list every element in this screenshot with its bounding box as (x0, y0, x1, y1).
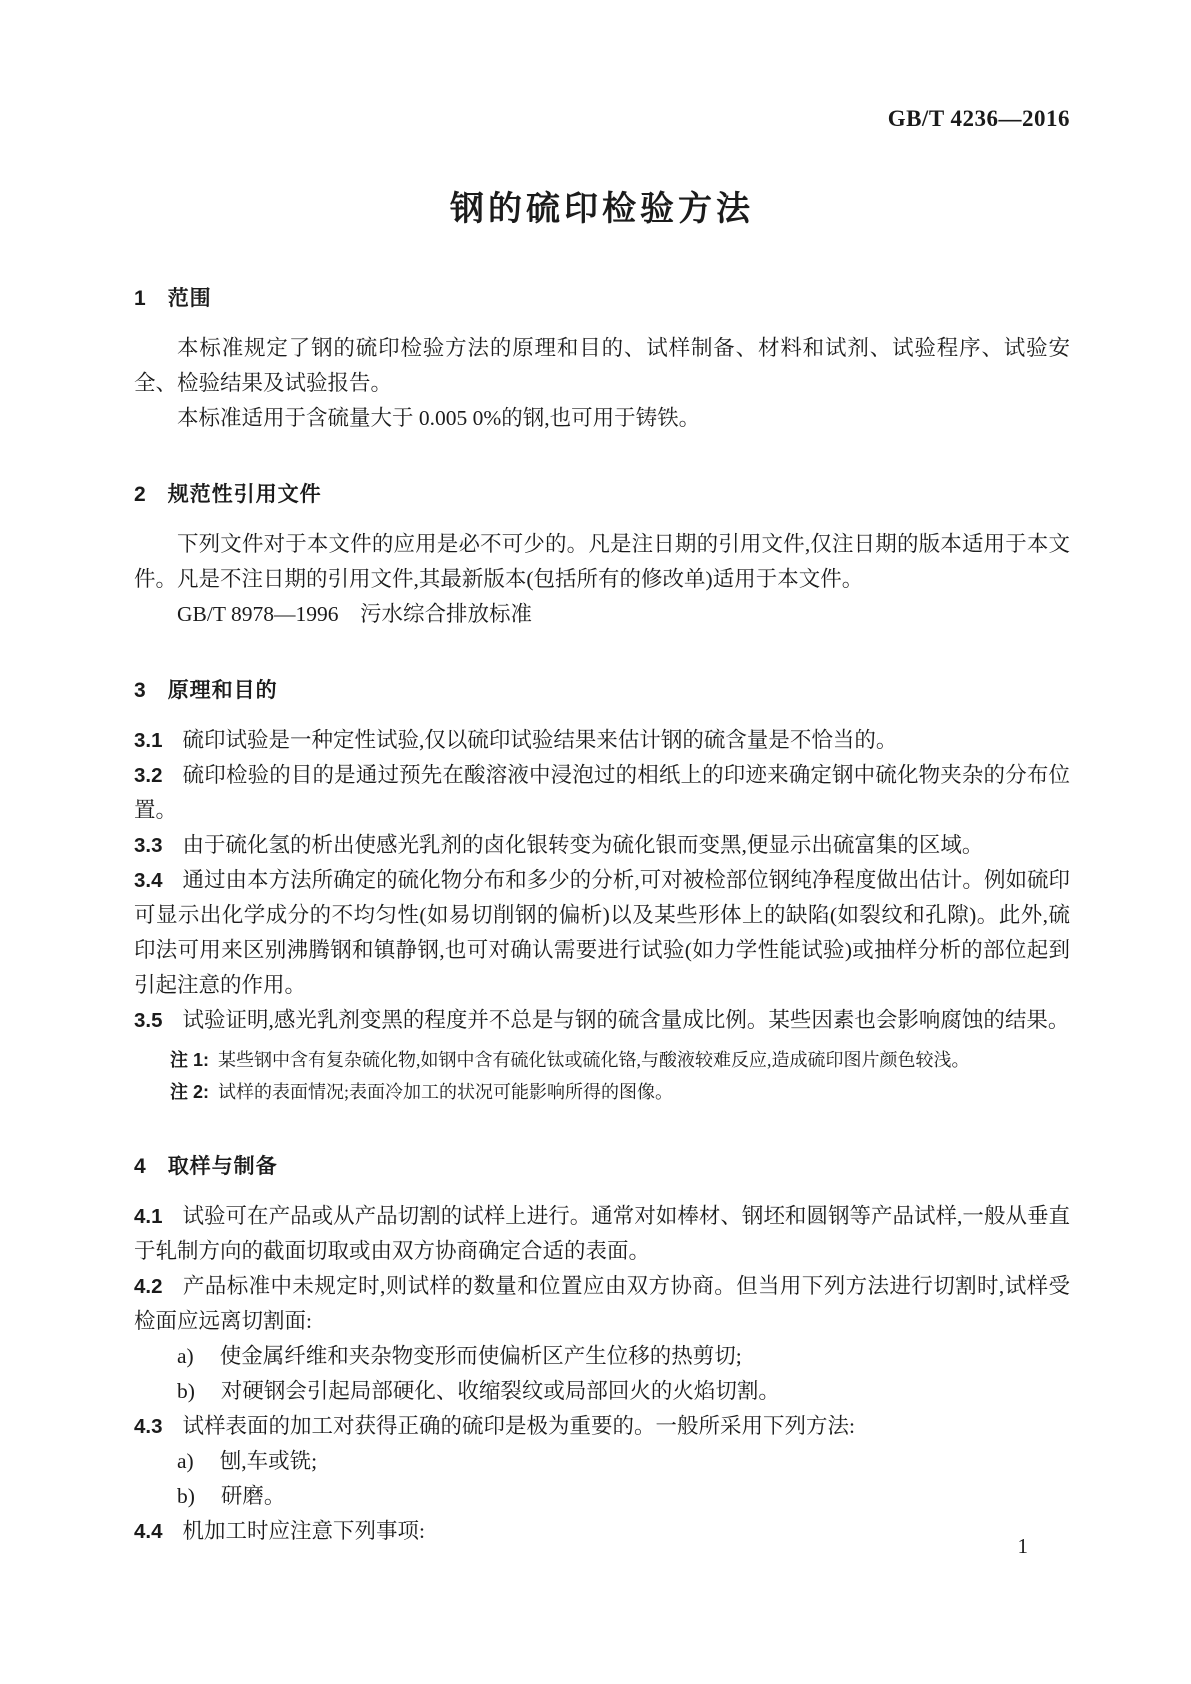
clause-3-4: 3.4通过由本方法所确定的硫化物分布和多少的分析,可对被检部位钢纯净程度做出估计… (134, 863, 1070, 1003)
page-number: 1 (1018, 1534, 1029, 1558)
clause-3-5: 3.5试验证明,感光乳剂变黑的程度并不总是与钢的硫含量成比例。某些因素也会影响腐… (134, 1003, 1070, 1038)
list-item-text: 刨,车或铣; (220, 1449, 317, 1473)
list-item-4-2-a: a)使金属纤维和夹杂物变形而使偏析区产生位移的热剪切; (134, 1339, 1070, 1374)
section-number: 4 (134, 1154, 146, 1179)
list-marker: a) (177, 1344, 194, 1368)
section-scope: 1范围 本标准规定了钢的硫印检验方法的原理和目的、试样制备、材料和试剂、试验程序… (134, 286, 1070, 436)
note-text: 试样的表面情况;表面冷加工的状况可能影响所得的图像。 (218, 1082, 673, 1102)
clause-3-2: 3.2硫印检验的目的是通过预先在酸溶液中浸泡过的相纸上的印迹来确定钢中硫化物夹杂… (134, 758, 1070, 828)
clause-3-1: 3.1硫印试验是一种定性试验,仅以硫印试验结果来估计钢的硫含量是不恰当的。 (134, 723, 1070, 758)
paragraph: 下列文件对于本文件的应用是必不可少的。凡是注日期的引用文件,仅注日期的版本适用于… (134, 527, 1070, 597)
section-heading: 3原理和目的 (134, 678, 1070, 703)
clause-text: 产品标准中未规定时,则试样的数量和位置应由双方协商。但当用下列方法进行切割时,试… (134, 1274, 1070, 1333)
clause-number: 3.4 (134, 869, 163, 892)
standard-number: GB/T 4236—2016 (134, 0, 1070, 132)
section-title: 规范性引用文件 (168, 483, 322, 506)
clause-text: 由于硫化氢的析出使感光乳剂的卤化银转变为硫化银而变黑,便显示出硫富集的区域。 (183, 833, 984, 857)
section-number: 2 (134, 482, 146, 507)
list-item-4-2-b: b)对硬钢会引起局部硬化、收缩裂纹或局部回火的火焰切割。 (134, 1374, 1070, 1409)
clause-4-1: 4.1试验可在产品或从产品切割的试样上进行。通常对如棒材、钢坯和圆钢等产品试样,… (134, 1199, 1070, 1269)
list-item-4-3-b: b)研磨。 (134, 1479, 1070, 1514)
list-item-4-3-a: a)刨,车或铣; (134, 1444, 1070, 1479)
clause-4-4: 4.4机加工时应注意下列事项: (134, 1514, 1070, 1549)
document-title: 钢的硫印检验方法 (134, 186, 1070, 232)
section-sampling-preparation: 4取样与制备 4.1试验可在产品或从产品切割的试样上进行。通常对如棒材、钢坯和圆… (134, 1154, 1070, 1549)
clause-number: 4.1 (134, 1205, 163, 1228)
section-title: 范围 (168, 287, 212, 310)
clause-text: 试验可在产品或从产品切割的试样上进行。通常对如棒材、钢坯和圆钢等产品试样,一般从… (134, 1204, 1070, 1263)
clause-text: 试验证明,感光乳剂变黑的程度并不总是与钢的硫含量成比例。某些因素也会影响腐蚀的结… (183, 1008, 1070, 1032)
clause-text: 硫印试验是一种定性试验,仅以硫印试验结果来估计钢的硫含量是不恰当的。 (183, 728, 898, 752)
section-heading: 1范围 (134, 286, 1070, 311)
section-principle-purpose: 3原理和目的 3.1硫印试验是一种定性试验,仅以硫印试验结果来估计钢的硫含量是不… (134, 678, 1070, 1108)
clause-text: 试样表面的加工对获得正确的硫印是极为重要的。一般所采用下列方法: (183, 1414, 855, 1438)
clause-number: 4.3 (134, 1415, 163, 1438)
note-label: 注 1: (170, 1050, 209, 1070)
clause-4-2: 4.2产品标准中未规定时,则试样的数量和位置应由双方协商。但当用下列方法进行切割… (134, 1269, 1070, 1339)
section-number: 1 (134, 286, 146, 311)
clause-number: 4.2 (134, 1275, 163, 1298)
clause-number: 4.4 (134, 1520, 163, 1543)
section-heading: 2规范性引用文件 (134, 482, 1070, 507)
section-title: 原理和目的 (168, 679, 278, 702)
clause-number: 3.1 (134, 729, 163, 752)
note-text: 某些钢中含有复杂硫化物,如钢中含有硫化钛或硫化铬,与酸液较难反应,造成硫印图片颜… (218, 1050, 970, 1070)
clause-3-3: 3.3由于硫化氢的析出使感光乳剂的卤化银转变为硫化银而变黑,便显示出硫富集的区域… (134, 828, 1070, 863)
list-marker: a) (177, 1449, 194, 1473)
section-title: 取样与制备 (168, 1155, 278, 1178)
clause-text: 硫印检验的目的是通过预先在酸溶液中浸泡过的相纸上的印迹来确定钢中硫化物夹杂的分布… (134, 763, 1070, 822)
referenced-standard: GB/T 8978—1996 污水综合排放标准 (134, 597, 1070, 632)
document-page: GB/T 4236—2016 钢的硫印检验方法 1范围 本标准规定了钢的硫印检验… (0, 0, 1191, 1684)
section-number: 3 (134, 678, 146, 703)
list-marker: b) (177, 1379, 195, 1403)
paragraph: 本标准适用于含硫量大于 0.005 0%的钢,也可用于铸铁。 (134, 401, 1070, 436)
clause-text: 机加工时应注意下列事项: (183, 1519, 425, 1543)
clause-number: 3.5 (134, 1009, 163, 1032)
list-item-text: 对硬钢会引起局部硬化、收缩裂纹或局部回火的火焰切割。 (221, 1379, 780, 1403)
list-item-text: 使金属纤维和夹杂物变形而使偏析区产生位移的热剪切; (220, 1344, 742, 1368)
note-2: 注 2:试样的表面情况;表面冷加工的状况可能影响所得的图像。 (134, 1076, 1070, 1108)
clause-text: 通过由本方法所确定的硫化物分布和多少的分析,可对被检部位钢纯净程度做出估计。例如… (134, 868, 1070, 997)
clause-number: 3.2 (134, 764, 163, 787)
list-marker: b) (177, 1484, 195, 1508)
section-heading: 4取样与制备 (134, 1154, 1070, 1179)
note-1: 注 1:某些钢中含有复杂硫化物,如钢中含有硫化钛或硫化铬,与酸液较难反应,造成硫… (134, 1044, 1070, 1076)
clause-number: 3.3 (134, 834, 163, 857)
paragraph: 本标准规定了钢的硫印检验方法的原理和目的、试样制备、材料和试剂、试验程序、试验安… (134, 331, 1070, 401)
clause-4-3: 4.3试样表面的加工对获得正确的硫印是极为重要的。一般所采用下列方法: (134, 1409, 1070, 1444)
section-normative-references: 2规范性引用文件 下列文件对于本文件的应用是必不可少的。凡是注日期的引用文件,仅… (134, 482, 1070, 632)
list-item-text: 研磨。 (221, 1484, 286, 1508)
note-label: 注 2: (170, 1082, 209, 1102)
